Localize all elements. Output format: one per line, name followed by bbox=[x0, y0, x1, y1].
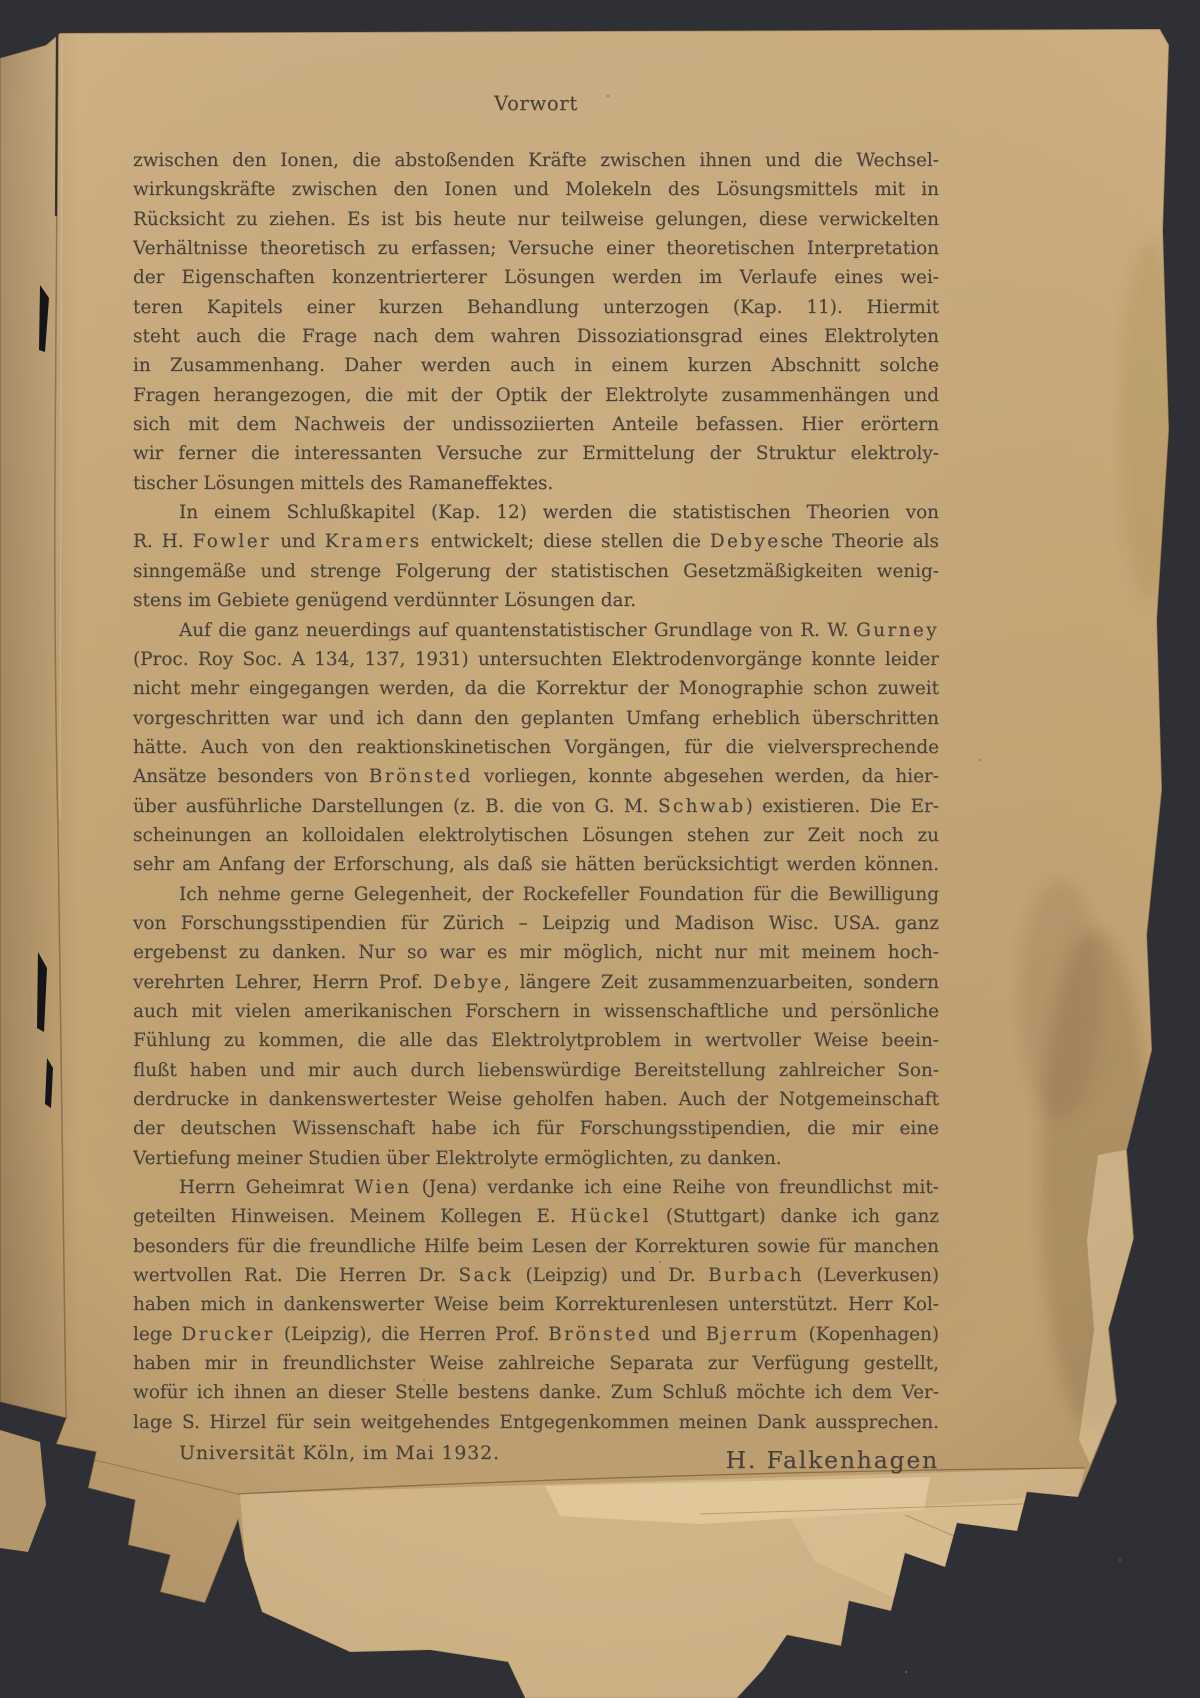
text-line: sehr am Anfang der Erforschung, als daß … bbox=[133, 850, 939, 879]
text-line: scheinungen an kolloidalen elektrolytisc… bbox=[133, 821, 939, 850]
person-name: Kramers bbox=[325, 531, 422, 552]
text-line: sinngemäße und strenge Folgerung der sta… bbox=[133, 557, 939, 586]
text-line: vorgeschritten war und ich dann den gepl… bbox=[133, 704, 939, 733]
text-line: haben mir in freundlichster Weise zahlre… bbox=[133, 1349, 939, 1378]
text-line: Vertiefung meiner Studien über Elektroly… bbox=[133, 1144, 939, 1173]
text-line: wirkungskräfte zwischen den Ionen und Mo… bbox=[133, 175, 939, 204]
text-line: teren Kapitels einer kurzen Behandlung u… bbox=[133, 293, 939, 322]
text-line: R. H. Fowler und Kramers entwickelt; die… bbox=[133, 527, 939, 556]
text-line: lage S. Hirzel für sein weitgehendes Ent… bbox=[133, 1408, 939, 1437]
text-line: haben mich in dankenswerter Weise beim K… bbox=[133, 1290, 939, 1319]
text-line: Rücksicht zu ziehen. Es ist bis heute nu… bbox=[133, 205, 939, 234]
text-line: sich mit dem Nachweis der undissoziierte… bbox=[133, 410, 939, 439]
text-line: flußt haben und mir auch durch liebenswü… bbox=[133, 1056, 939, 1085]
text-line: nicht mehr eingegangen werden, da die Ko… bbox=[133, 674, 939, 703]
person-name: Bjerrum bbox=[706, 1324, 800, 1345]
text-line: stens im Gebiete genügend verdünnter Lös… bbox=[133, 586, 939, 615]
person-name: Brönsted bbox=[369, 766, 473, 787]
person-name: Fowler bbox=[193, 531, 272, 552]
text-line: Auf die ganz neuerdings auf quantenstati… bbox=[133, 616, 939, 645]
text-line: (Proc. Roy Soc. A 134, 137, 1931) unters… bbox=[133, 645, 939, 674]
author-signature: H. Falkenhagen bbox=[726, 1446, 939, 1474]
text-line: ergebenst zu danken. Nur so war es mir m… bbox=[133, 938, 939, 967]
text-line: wertvollen Rat. Die Herren Dr. Sack (Lei… bbox=[133, 1261, 939, 1290]
scanned-book-page: Vorwort zwischen den Ionen, die abstoßen… bbox=[0, 0, 1200, 1698]
text-line: wir ferner die interessanten Versuche zu… bbox=[133, 439, 939, 468]
person-name: Drucker bbox=[181, 1324, 274, 1345]
text-line: hätte. Auch von den reaktionskinetischen… bbox=[133, 733, 939, 762]
text-line: wofür ich ihnen an dieser Stelle bestens… bbox=[133, 1378, 939, 1407]
text-column: zwischen den Ionen, die abstoßenden Kräf… bbox=[133, 146, 939, 1437]
page-title: Vorwort bbox=[133, 92, 939, 115]
text-line: der Eigenschaften konzentrierterer Lösun… bbox=[133, 263, 939, 292]
person-name: Sack bbox=[458, 1265, 513, 1286]
text-line: steht auch die Frage nach dem wahren Dis… bbox=[133, 322, 939, 351]
text-line: der deutschen Wissenschaft habe ich für … bbox=[133, 1114, 939, 1143]
person-name: Debye bbox=[433, 972, 504, 993]
text-line: geteilten Hinweisen. Meinem Kollegen E. … bbox=[133, 1202, 939, 1231]
text-line: besonders für die freundliche Hilfe beim… bbox=[133, 1232, 939, 1261]
closing-row: Universität Köln, im Mai 1932. H. Falken… bbox=[133, 1438, 939, 1474]
text-line: tischer Lösungen mittels des Ramaneffekt… bbox=[133, 469, 939, 498]
text-line: Ich nehme gerne Gelegenheit, der Rockefe… bbox=[133, 880, 939, 909]
place-date: Universität Köln, im Mai 1932. bbox=[133, 1438, 500, 1468]
text-line: lege Drucker (Leipzig), die Herren Prof.… bbox=[133, 1320, 939, 1349]
person-name: Debye bbox=[710, 531, 781, 552]
person-name: Gurney bbox=[856, 620, 939, 641]
text-line: Fühlung zu kommen, die alle das Elektrol… bbox=[133, 1026, 939, 1055]
text-line: Fragen herangezogen, die mit der Optik d… bbox=[133, 381, 939, 410]
text-line: Ansätze besonders von Brönsted vorliegen… bbox=[133, 762, 939, 791]
person-name: Wien bbox=[355, 1177, 412, 1198]
text-line: von Forschungsstipendien für Zürich – Le… bbox=[133, 909, 939, 938]
text-line: auch mit vielen amerikanischen Forschern… bbox=[133, 997, 939, 1026]
text-line: In einem Schlußkapitel (Kap. 12) werden … bbox=[133, 498, 939, 527]
text-line: in Zusammenhang. Daher werden auch in ei… bbox=[133, 351, 939, 380]
text-line: derdrucke in dankenswertester Weise geho… bbox=[133, 1085, 939, 1114]
person-name: Burbach bbox=[708, 1265, 804, 1286]
text-line: Verhältnisse theoretisch zu erfassen; Ve… bbox=[133, 234, 939, 263]
text-line: über ausführliche Darstellungen (z. B. d… bbox=[133, 792, 939, 821]
text-line: verehrten Lehrer, Herrn Prof. Debye, län… bbox=[133, 968, 939, 997]
person-name: Schwab bbox=[658, 796, 746, 817]
person-name: Brönsted bbox=[548, 1324, 652, 1345]
text-line: zwischen den Ionen, die abstoßenden Kräf… bbox=[133, 146, 939, 175]
text-line: Herrn Geheimrat Wien (Jena) verdanke ich… bbox=[133, 1173, 939, 1202]
person-name: Hückel bbox=[571, 1206, 652, 1227]
